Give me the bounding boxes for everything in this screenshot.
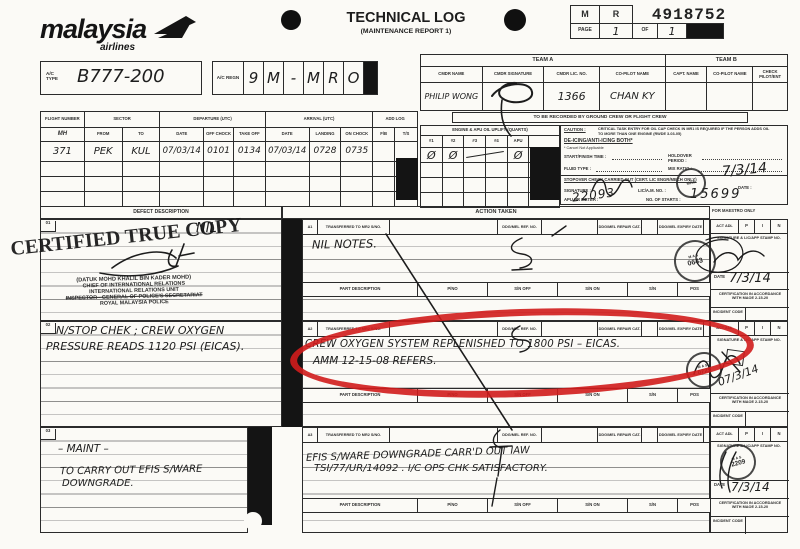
action-2-line-2: AMM 12-15-08 REFERS. (313, 356, 437, 367)
holdover-line (702, 159, 782, 160)
landing-header: LANDING (310, 128, 342, 141)
addlog-header: ADD LOG (373, 112, 417, 127)
from-header: FROM (85, 128, 123, 141)
airline-logo-swoosh-icon (152, 12, 198, 42)
flight-empty-row (41, 192, 417, 206)
pno-label: P/NO (418, 389, 488, 402)
capt-name-cell (666, 83, 708, 110)
action-1-text: NIL NOTES. (312, 238, 377, 251)
redacted-cell (363, 61, 378, 95)
capt-name-header: CAPT. NAME (666, 67, 708, 82)
oil-col-4: #4 (486, 136, 508, 147)
part-description-label: PART DESCRIPTION (303, 499, 418, 512)
sn-on-label: S/N ON (558, 389, 628, 402)
mr-m-cell: M (570, 5, 600, 24)
ddgmel-expiry-label: DDG/MEL EXPIRY DATE (658, 220, 704, 234)
ground-crew-title: TO BE RECORDED BY GROUND CREW OR FLIGHT … (452, 112, 748, 123)
to-value: KUL (123, 142, 161, 161)
from-value: PEK (85, 142, 123, 161)
oil-value-1: Ø (421, 148, 443, 162)
on-chock-value: 0735 (341, 142, 373, 161)
caution-label: CAUTION : (564, 128, 586, 133)
aircraft-regn-label: A/C REGN (212, 61, 244, 95)
aircraft-type-box: A/C TYPE B777-200 (40, 61, 202, 95)
fb-cell (373, 142, 395, 161)
copilot-name-value: CHAN KY (600, 83, 666, 110)
deicing-label: DE-ICING/ANTI-ICING BOTH* (564, 139, 633, 145)
mh-label: MH (41, 128, 85, 141)
flight-table: FLIGHT NUMBER SECTOR DEPARTURE (UTC) ARR… (40, 111, 418, 207)
copilot2-name-cell (707, 83, 753, 110)
regn-cell: M (263, 61, 284, 95)
airline-logo-text: malaysia (40, 14, 146, 44)
aircraft-type-label: A/C TYPE (46, 71, 66, 81)
ddgmel-ref-label: DDG/MEL REF. NO. (498, 220, 542, 234)
redacted-bar (282, 321, 302, 427)
ddgmel-repair-label: DDG/MEL REPAIR CAT. (598, 322, 642, 336)
oil-col-2: #2 (443, 136, 465, 147)
ddgmel-ref-label: DDG/MEL REF. NO. (498, 428, 542, 442)
i-label: I (755, 428, 771, 441)
ts-header: T/S (395, 128, 417, 141)
oil-col-apu: APU (508, 136, 530, 147)
cmdr-lic-header: CMDR LIC. NO. (544, 67, 600, 82)
redacted-block (396, 158, 418, 200)
sn-label: S/N (628, 389, 678, 402)
item-1-number: 01 (41, 221, 56, 232)
aircraft-regn-box: A/C REGN 9 M - M R O (212, 61, 378, 95)
date-label: DATE (714, 483, 725, 488)
check-pilot-cell (753, 83, 787, 110)
sector-header: SECTOR (85, 112, 161, 127)
start-finish-line (612, 159, 662, 160)
pos-label: POS (678, 283, 711, 296)
rightcol-3: ACT ADL P I N SIGNATURE & LIC/APP STAMP … (710, 427, 788, 533)
n-label: N (771, 428, 787, 441)
action-2-line-1: CREW OXYGEN SYSTEM REPLENISHED TO 1800 P… (305, 340, 620, 350)
item-3-number: 03 (41, 429, 56, 440)
incident-code-label: INCIDENT CODE (713, 414, 743, 418)
to-header: TO (123, 128, 161, 141)
oil-col-1: #1 (421, 136, 443, 147)
cmdr-name-header: CMDR NAME (421, 67, 483, 82)
oil-col-3: #3 (464, 136, 486, 147)
i-label: I (755, 220, 771, 233)
cmdr-name-value: PHILIP WONG (421, 83, 483, 110)
off-chock-value: 0101 (204, 142, 234, 161)
caution-text-2: TO MORE THAN ONE ENGINE (RWDE 3-03-05) (598, 132, 784, 136)
flight-empty-row (41, 162, 417, 177)
landing-value: 0728 (310, 142, 342, 161)
team-a-header: TEAM A (421, 55, 666, 66)
pos-label: POS (678, 499, 711, 512)
fb-header: F/B (373, 128, 395, 141)
act-adl-label: ACT ADL (711, 220, 739, 233)
aircraft-type-value: B777-200 (77, 68, 165, 86)
technical-log-sheet: malaysia airlines TECHNICAL LOG (MAINTEN… (0, 0, 800, 549)
sn-label: S/N (628, 283, 678, 296)
defect-3-line-3: DOWNGRADE. (62, 479, 134, 489)
sn-off-label: S/N OFF (488, 283, 558, 296)
dep-date-value: 07/03/14 (160, 142, 204, 161)
off-chock-header: OFF CHOCK (204, 128, 234, 141)
regn-cell: O (343, 61, 364, 95)
form-title: TECHNICAL LOG (328, 10, 484, 26)
redaction-notch (244, 512, 262, 530)
take-off-header: TAKE OFF (234, 128, 266, 141)
cmdr-lic-value: 1366 (544, 83, 600, 110)
incident-code-label: INCIDENT CODE (713, 519, 743, 523)
start-finish-label: START/FINISH TIME : (564, 155, 606, 160)
date-label: DATE (714, 275, 725, 280)
oil-value-4 (486, 148, 508, 162)
no-of-starts-label: NO. OF STARTS : (646, 198, 681, 203)
form-subtitle: (MAINTENANCE REPORT 1) (328, 28, 484, 35)
defect-3-line-1: – MAINT – (58, 444, 109, 455)
action-zone-3: A3 TRANSFERRED TO MR2 S/NO. DDG/MEL REF.… (302, 427, 710, 533)
part-description-label: PART DESCRIPTION (303, 283, 418, 296)
holdover-label: HOLDOVER PERIOD : (668, 154, 700, 163)
oil-uplift-title: ENGINE & APU OIL UPLIFT (QUARTS) (421, 126, 559, 136)
airline-logo: malaysia (40, 14, 146, 45)
sn-off-label: S/N OFF (488, 499, 558, 512)
take-off-value: 0134 (234, 142, 266, 161)
page-value: 1 (599, 23, 633, 39)
action-2-date: 07/3/14 (716, 363, 760, 388)
act-adl-label: ACT ADL (711, 428, 739, 441)
regn-cell: - (283, 61, 304, 95)
pno-label: P/NO (418, 499, 488, 512)
regn-cell: R (323, 61, 344, 95)
certification-label: CERTIFICATION IN ACCORDANCE WITH MAOE 2-… (715, 501, 785, 510)
signature-stamp-label: SIGNATURE & LIC/APP STAMP NO. (711, 236, 787, 240)
part-description-label: PART DESCRIPTION (303, 389, 418, 402)
team-b-header: TEAM B (666, 55, 787, 66)
arr-date-header: DATE (266, 128, 310, 141)
check-pilot-header: CHECK PILOT/ENT (753, 67, 787, 82)
team-table: TEAM A TEAM B CMDR NAME CMDR SIGNATURE C… (420, 54, 788, 111)
sn-off-label: S/N OFF (488, 389, 558, 402)
p-label: P (739, 322, 755, 335)
copilot-name-header: CO-PILOT NAME (600, 67, 666, 82)
for-maestro-only-label: FOR MAESTRO ONLY (712, 209, 755, 214)
airline-logo-sub-text: airlines (100, 42, 135, 53)
p-label: P (739, 220, 755, 233)
pos-label: POS (678, 389, 711, 402)
rightcol-1: ACT ADL P I N SIGNATURE & LIC/APP STAMP … (710, 219, 788, 321)
sn-on-label: S/N ON (558, 499, 628, 512)
action-1-date: 7/3/14 (729, 272, 771, 285)
action-zone-1: A1 TRANSFERRED TO MR2 S/NO. DDG/MEL REF.… (302, 219, 710, 321)
ddgmel-expiry-label: DDG/MEL EXPIRY DATE (658, 322, 704, 336)
p-label: P (739, 428, 755, 441)
item-2-square-chop (725, 349, 745, 366)
action-3-no: A3 (303, 428, 318, 442)
mr-serial-box: M R 4918752 PAGE 1 OF 1 (570, 5, 745, 39)
defect-description-header: DEFECT DESCRIPTION (40, 206, 282, 219)
transferred-label: TRANSFERRED TO MR2 S/NO. (318, 322, 390, 336)
on-chock-header: ON CHOCK (341, 128, 373, 141)
ddgmel-repair-label: DDG/MEL REPAIR CAT. (598, 428, 642, 442)
ground-stamp-text: MAS (686, 180, 696, 186)
of-label: OF (632, 23, 658, 39)
action-taken-header: ACTION TAKEN (282, 206, 710, 219)
certification-label: CERTIFICATION IN ACCORDANCE WITH MAOE 2-… (715, 292, 785, 301)
mr-serial-number: 4918752 (633, 5, 745, 24)
ddgmel-repair-label: DDG/MEL REPAIR CAT. (598, 220, 642, 234)
copilot2-name-header: CO-PILOT NAME (707, 67, 753, 82)
item-2-number: 02 (41, 323, 56, 334)
flight-number-value: 371 (41, 142, 85, 161)
regn-cell: M (303, 61, 324, 95)
redacted-bar (248, 427, 272, 525)
police-stamp-block: (DATUK MOHD KHALIL BIN KADER MOHD) CHIEF… (14, 273, 255, 310)
oil-value-2: Ø (443, 148, 465, 162)
defect-2-line-2: PRESSURE READS 1120 PSI (EICAS). (46, 341, 244, 352)
fluid-line (596, 171, 662, 172)
transferred-label: TRANSFERRED TO MR2 S/NO. (318, 428, 390, 442)
lic-am-no-label: LIC/A.M. NO. : (638, 189, 666, 194)
of-value: 1 (657, 23, 687, 39)
action-1-no: A1 (303, 220, 318, 234)
dep-date-header: DATE (160, 128, 204, 141)
redacted-bar (282, 219, 302, 321)
cancel-note: * Cancel Not Applicable (564, 146, 604, 150)
arrival-header: ARRIVAL (UTC) (266, 112, 373, 127)
transferred-label: TRANSFERRED TO MR2 S/NO. (318, 220, 390, 234)
redacted-block (530, 147, 560, 200)
regn-cell: 9 (243, 61, 264, 95)
punch-hole-dot-left (281, 10, 301, 30)
sn-on-label: S/N ON (558, 283, 628, 296)
fluid-type-label: FLUID TYPE : (564, 167, 591, 172)
arr-date-value: 07/03/14 (266, 142, 310, 161)
action-3-line-2: TSI/77/UR/14092 . I/C OPS CHK SATISFACTO… (314, 464, 548, 474)
flight-number-header: FLIGHT NUMBER (41, 112, 85, 127)
departure-header: DEPARTURE (UTC) (160, 112, 265, 127)
pno-label: P/NO (418, 283, 488, 296)
cmdr-signature-cell (483, 83, 545, 110)
form-title-block: TECHNICAL LOG (MAINTENANCE REPORT 1) (328, 10, 484, 35)
sn-label: S/N (628, 499, 678, 512)
certification-label: CERTIFICATION IN ACCORDANCE WITH MAOE 2-… (715, 396, 785, 405)
airline-logo-sub: airlines (100, 42, 135, 53)
incident-code-label: INCIDENT CODE (713, 310, 743, 314)
action-2-no: A2 (303, 322, 318, 336)
oil-value-apu: Ø (508, 148, 530, 162)
signature-stamp-label: SIGNATURE & LIC/APP STAMP NO. (711, 338, 787, 342)
mr-r-cell: R (599, 5, 633, 24)
ddgmel-expiry-label: DDG/MEL EXPIRY DATE (658, 428, 704, 442)
act-adl-label: ACT ADL (711, 322, 739, 335)
ddgmel-ref-label: DDG/MEL REF. NO. (498, 322, 542, 336)
page-label: PAGE (570, 23, 600, 39)
defect-2-line-1: N/STOP CHEK ; CREW OXYGEN (56, 325, 224, 336)
stopover-date-value: 7/3/14 (721, 161, 767, 179)
n-label: N (771, 220, 787, 233)
caution-text-1: CRITICAL TASK ENTRY FOR OIL CAP CHECK IN… (598, 127, 784, 131)
redacted-cell (686, 23, 724, 39)
flight-empty-row (41, 177, 417, 192)
i-label: I (755, 322, 771, 335)
cmdr-signature-header: CMDR SIGNATURE (483, 67, 545, 82)
punch-hole-dot-right (504, 9, 526, 31)
n-label: N (771, 322, 787, 335)
action-zone-2: A2 TRANSFERRED TO MR2 S/NO. DDG/MEL REF.… (302, 321, 710, 427)
action-3-date: 7/3/14 (731, 481, 770, 493)
